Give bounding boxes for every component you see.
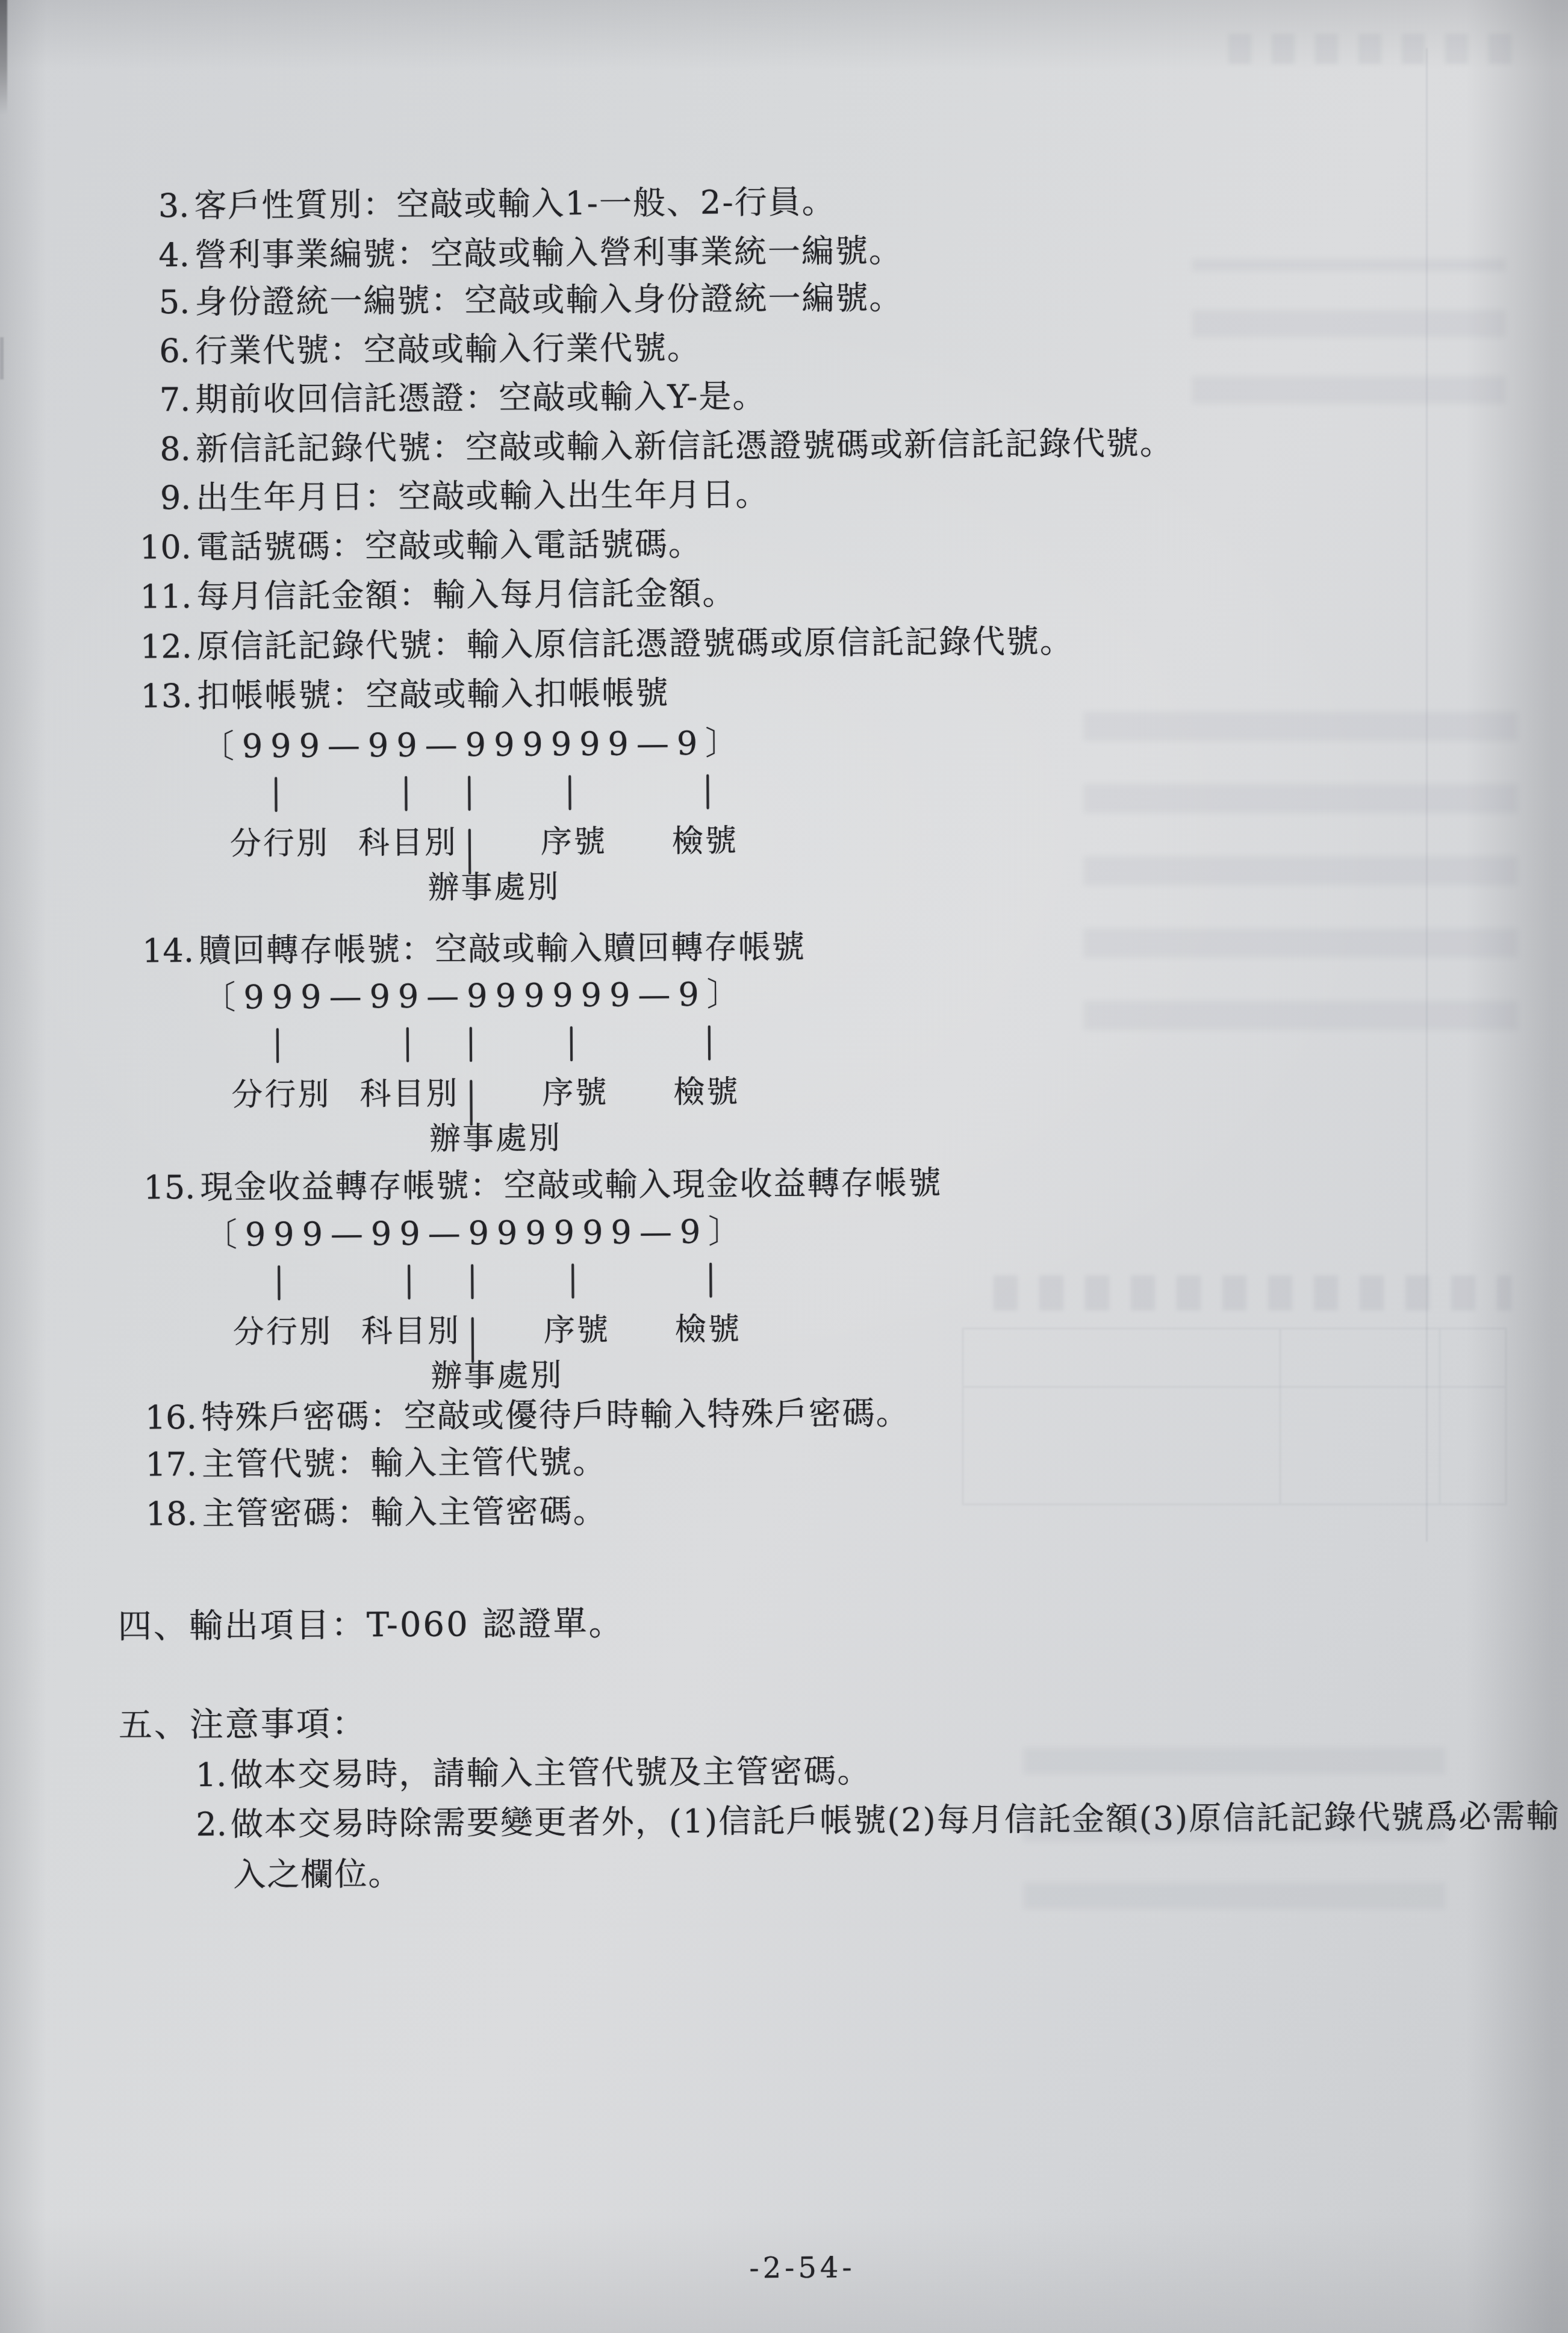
list-item-15-text: 現金收益轉存帳號：空敲或輸入現金收益轉存帳號: [200, 1163, 942, 1206]
note-2-continuation: 入之欄位。: [233, 1856, 402, 1893]
label-check: 檢號: [673, 1075, 739, 1109]
list-item-17-number: 17.: [142, 1447, 197, 1483]
tick-line-subject: [405, 776, 407, 811]
list-item-14: 14.贖回轉存帳號：空敲或輸入贖回轉存帳號: [138, 929, 806, 970]
section-notes-title: 注意事項：: [190, 1704, 367, 1745]
list-item-6-number: 6.: [135, 333, 190, 370]
tick-line-check: [709, 1263, 712, 1298]
list-item-13: 13.扣帳帳號：空敲或輸入扣帳帳號: [137, 675, 669, 714]
tick-line-office: [471, 1264, 473, 1299]
label-branch: 分行別: [230, 827, 329, 861]
list-item-16-number: 16.: [142, 1400, 197, 1436]
list-item-17-text: 主管代號：輸入主管代號。: [202, 1443, 606, 1483]
tick-line-check: [706, 774, 709, 809]
list-item-14-number: 14.: [138, 933, 194, 970]
list-item-6: 6.行業代號：空敲或輸入行業代號。: [135, 330, 701, 370]
label-office: 辦事處別: [428, 870, 560, 905]
list-item-5-text: 身份證統一編號：空敲或輸入身份證統一編號。: [194, 279, 903, 321]
list-item-16-text: 特殊戶密碼：空敲或優待戶時輸入特殊戶密碼。: [202, 1394, 910, 1436]
list-item-7-number: 7.: [135, 382, 190, 419]
list-item-3: 3.客戶性質別：空敲或輸入1-一般、2-行員。: [134, 184, 836, 224]
note-2-text: 做本交易時除需要變更者外，(1)信託戶帳號(2)每月信託金額(3)原信託記錄代號…: [231, 1797, 1560, 1843]
note-1-number: 1.: [171, 1757, 226, 1794]
label-serial: 序號: [542, 1076, 608, 1110]
list-item-12-number: 12.: [137, 629, 192, 665]
tick-line-office-lower: [471, 1317, 474, 1363]
list-item-7: 7.期前收回信託憑證：空敲或輸入Y-是。: [135, 378, 766, 418]
list-item-8-text: 新信託記錄代號：空敲或輸入新信託憑證號碼或新信託記錄代號。: [196, 424, 1174, 468]
list-item-4-number: 4.: [134, 237, 190, 274]
list-item-15: 15.現金收益轉存帳號：空敲或輸入現金收益轉存帳號: [140, 1165, 942, 1206]
list-item-5-number: 5.: [134, 284, 190, 321]
list-item-9-number: 9.: [135, 480, 191, 517]
tick-line-subject: [408, 1265, 410, 1300]
label-subject: 科目別: [358, 826, 458, 860]
account-number-mask: 〔999—99—999999—9〕: [203, 976, 739, 1016]
account-number-format-diagram-2: 〔999—99—999999—9〕 分行別 科目別 序號 檢號 辦事處別: [0, 975, 904, 1164]
label-serial: 序號: [541, 825, 607, 859]
label-branch: 分行別: [231, 1078, 331, 1112]
list-item-11-text: 每月信託金額：輸入每月信託金額。: [196, 574, 736, 615]
tick-line-check: [708, 1026, 711, 1061]
note-1-text: 做本交易時，請輸入主管代號及主管密碼。: [230, 1752, 871, 1793]
list-item-18: 18.主管密碼：輸入主管密碼。: [142, 1494, 607, 1533]
list-item-10: 10.電話號碼：空敲或輸入電話號碼。: [136, 526, 702, 566]
list-item-4-text: 營利事業編號：空敲或輸入營利事業統一編號。: [194, 232, 903, 274]
label-subject: 科目別: [361, 1314, 461, 1348]
list-item-6-text: 行業代號：空敲或輸入行業代號。: [195, 329, 701, 370]
tick-line-subject: [406, 1027, 409, 1062]
list-item-12-text: 原信託記錄代號：輸入原信託憑證號碼或原信託記錄代號。: [197, 622, 1074, 665]
note-2-number: 2.: [172, 1807, 227, 1843]
account-number-mask: 〔999—99—999999—9〕: [202, 724, 738, 765]
page-number: -2-54-: [749, 2250, 856, 2285]
label-check: 檢號: [675, 1312, 741, 1347]
section-output-items: 四、輸出項目：T-060 認證單。: [118, 1606, 624, 1646]
document-content: 3.客戶性質別：空敲或輸入1-一般、2-行員。 4.營利事業編號：空敲或輸入營利…: [0, 0, 1568, 2333]
tick-line-serial: [571, 1263, 574, 1298]
list-item-10-text: 電話號碼：空敲或輸入電話號碼。: [196, 525, 702, 566]
tick-line-branch: [278, 1265, 280, 1300]
list-item-8-number: 8.: [135, 431, 191, 468]
note-1: 1.做本交易時，請輸入主管代號及主管密碼。: [171, 1753, 871, 1793]
list-item-9: 9.出生年月日：空敲或輸入出生年月日。: [135, 476, 769, 516]
list-item-14-text: 贖回轉存帳號：空敲或輸入贖回轉存帳號: [199, 928, 806, 970]
list-item-10-number: 10.: [136, 529, 191, 566]
tick-line-office: [470, 1027, 472, 1062]
list-item-11: 11.每月信託金額：輸入每月信託金額。: [136, 575, 736, 615]
list-item-12: 12.原信託記錄代號：輸入原信託憑證號碼或原信託記錄代號。: [137, 623, 1074, 665]
list-item-15-number: 15.: [140, 1170, 195, 1206]
list-item-13-text: 扣帳帳號：空敲或輸入扣帳帳號: [197, 674, 669, 715]
label-check: 檢號: [672, 824, 738, 858]
section-notes-number: 五、: [119, 1705, 190, 1745]
account-number-format-diagram-1: 〔999—99—999999—9〕 分行別 科目別 序號 檢號 辦事處別: [0, 724, 903, 913]
tick-line-branch: [276, 1028, 279, 1063]
list-item-4: 4.營利事業編號：空敲或輸入營利事業統一編號。: [134, 233, 903, 274]
list-item-18-number: 18.: [142, 1496, 198, 1533]
note-2: 2.做本交易時除需要變更者外，(1)信託戶帳號(2)每月信託金額(3)原信託記錄…: [172, 1798, 1560, 1843]
list-item-11-number: 11.: [136, 579, 191, 615]
list-item-7-text: 期前收回信託憑證：空敲或輸入Y-是。: [195, 377, 766, 419]
section-notes-heading: 五、注意事項：: [119, 1705, 367, 1745]
label-branch: 分行別: [233, 1315, 332, 1350]
label-office: 辦事處別: [431, 1359, 563, 1393]
account-number-format-diagram-3: 〔999—99—999999—9〕 分行別 科目別 序號 檢號 辦事處別: [1, 1212, 906, 1401]
scanned-document-page: 3.客戶性質別：空敲或輸入1-一般、2-行員。 4.營利事業編號：空敲或輸入營利…: [0, 0, 1568, 2333]
label-office: 辦事處別: [429, 1121, 562, 1156]
list-item-5: 5.身份證統一編號：空敲或輸入身份證統一編號。: [134, 280, 903, 321]
tick-line-serial: [568, 775, 571, 810]
tick-line-office-lower: [468, 829, 471, 874]
account-number-mask: 〔999—99—999999—9〕: [205, 1213, 741, 1253]
list-item-16: 16.特殊戶密碼：空敲或優待戶時輸入特殊戶密碼。: [142, 1395, 910, 1436]
list-item-17: 17.主管代號：輸入主管代號。: [142, 1444, 606, 1483]
list-item-3-text: 客戶性質別：空敲或輸入1-一般、2-行員。: [194, 182, 836, 225]
list-item-13-number: 13.: [137, 678, 192, 715]
tick-line-branch: [275, 777, 277, 812]
tick-line-office: [468, 776, 470, 811]
list-item-8: 8.新信託記錄代號：空敲或輸入新信託憑證號碼或新信託記錄代號。: [135, 425, 1174, 468]
tick-line-serial: [570, 1026, 573, 1061]
tick-line-office-lower: [470, 1080, 472, 1126]
list-item-18-text: 主管密碼：輸入主管密碼。: [202, 1492, 606, 1533]
label-subject: 科目別: [359, 1077, 459, 1111]
section-output-text: 輸出項目：T-060 認證單。: [189, 1604, 624, 1646]
label-serial: 序號: [544, 1313, 610, 1348]
list-item-3-number: 3.: [134, 188, 189, 225]
section-output-number: 四、: [118, 1607, 189, 1646]
list-item-9-text: 出生年月日：空敲或輸入出生年月日。: [196, 475, 769, 517]
